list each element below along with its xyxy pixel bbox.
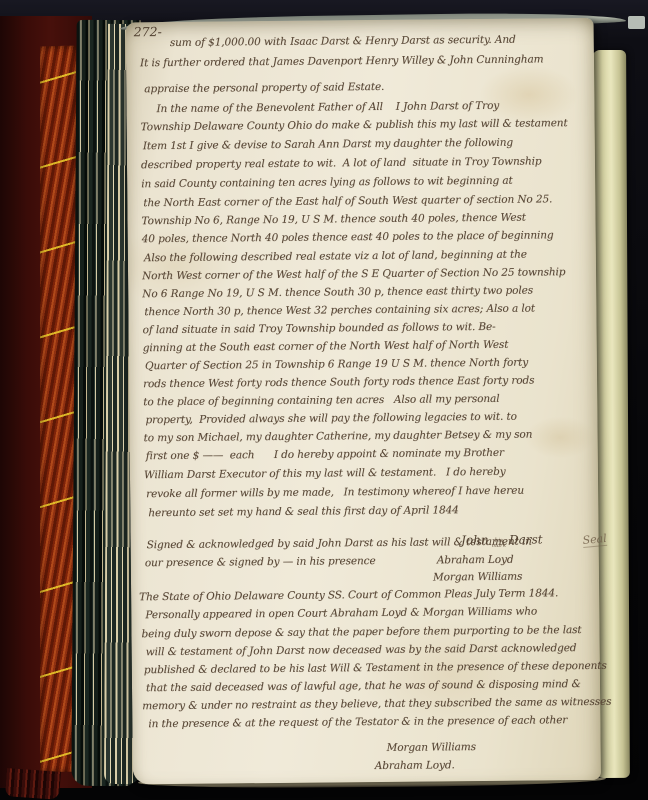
marbled-cover-edge [40,46,76,773]
manuscript-line: property, Provided always she will pay t… [145,410,517,429]
manuscript-page: 272- sum of $1,000.00 with Isaac Darst &… [126,18,601,784]
manuscript-line: to the place of beginning containing ten… [143,392,499,410]
bookmark-tassel [5,768,61,800]
manuscript-line: 40 poles, thence North 40 poles thence e… [142,228,554,247]
manuscript-line: In the name of the Benevolent Father of … [156,99,499,117]
manuscript-text: sum of $1,000.00 with Isaac Darst & Henr… [140,18,595,784]
manuscript-line: in said County containing ten acres lyin… [141,174,513,193]
manuscript-line: It is further ordered that James Davenpo… [140,52,544,71]
manuscript-line: William Darst Executor of this my last w… [144,465,506,483]
manuscript-line: memory & under no restraint as they beli… [142,695,611,715]
manuscript-line: Item 1st I give & devise to Sarah Ann Da… [143,136,513,155]
manuscript-line: being duly sworn depose & say that the p… [141,623,581,642]
manuscript-line: rods thence West forty rods thence South… [143,373,534,392]
manuscript-line: the North East corner of the East half o… [143,192,552,211]
manuscript-line: of land situate in said Troy Township bo… [143,320,496,338]
witness-signature: Abraham Loyd. [375,758,455,774]
witness-signature: Morgan Williams [433,570,522,586]
corner-tag [628,16,645,29]
manuscript-line: thence North 30 p, thence West 32 perche… [144,301,535,320]
manuscript-line: to my son Michael, my daughter Catherine… [144,428,533,447]
manuscript-line: Quarter of Section 25 in Township 6 Rang… [145,356,528,375]
witness-signature: Abraham Loyd [437,553,514,569]
manuscript-line: in the presence & at the request of the … [148,713,567,732]
manuscript-line: Township Delaware County Ohio do make & … [141,116,568,135]
manuscript-line: sum of $1,000.00 with Isaac Darst & Henr… [170,33,516,51]
manuscript-line: our presence & signed by — in his presen… [145,554,376,571]
manuscript-line: No 6 Range No 19, U S M. thence South 30… [142,283,533,302]
book-photo: 272- sum of $1,000.00 with Isaac Darst &… [0,0,648,800]
manuscript-line: Township No 6, Range No 19, U S M. thenc… [141,211,525,230]
manuscript-line: described property real estate to wit. A… [141,154,542,173]
manuscript-line: North West corner of the West half of th… [142,265,565,284]
manuscript-line: published & declared to be his last Will… [144,659,607,678]
manuscript-line: that the said deceased was of lawful age… [146,677,581,696]
witness-signature: Morgan Williams [387,740,476,756]
manuscript-line: appraise the personal property of said E… [144,80,384,97]
manuscript-line: The State of Ohio Delaware County SS. Co… [139,586,558,605]
seal-flourish: Seal [582,532,607,548]
manuscript-line: ginning at the South east corner of the … [143,338,509,357]
manuscript-line: will & testament of John Darst now decea… [146,641,577,660]
manuscript-line: Personally appeared in open Court Abraha… [145,604,537,623]
manuscript-line: revoke all former wills by me made, In t… [146,484,524,503]
manuscript-line: first one $ —— each I do hereby appoint … [146,446,504,464]
manuscript-line: Also the following described real estate… [144,248,527,267]
manuscript-line: hereunto set set my hand & seal this fir… [148,503,459,521]
